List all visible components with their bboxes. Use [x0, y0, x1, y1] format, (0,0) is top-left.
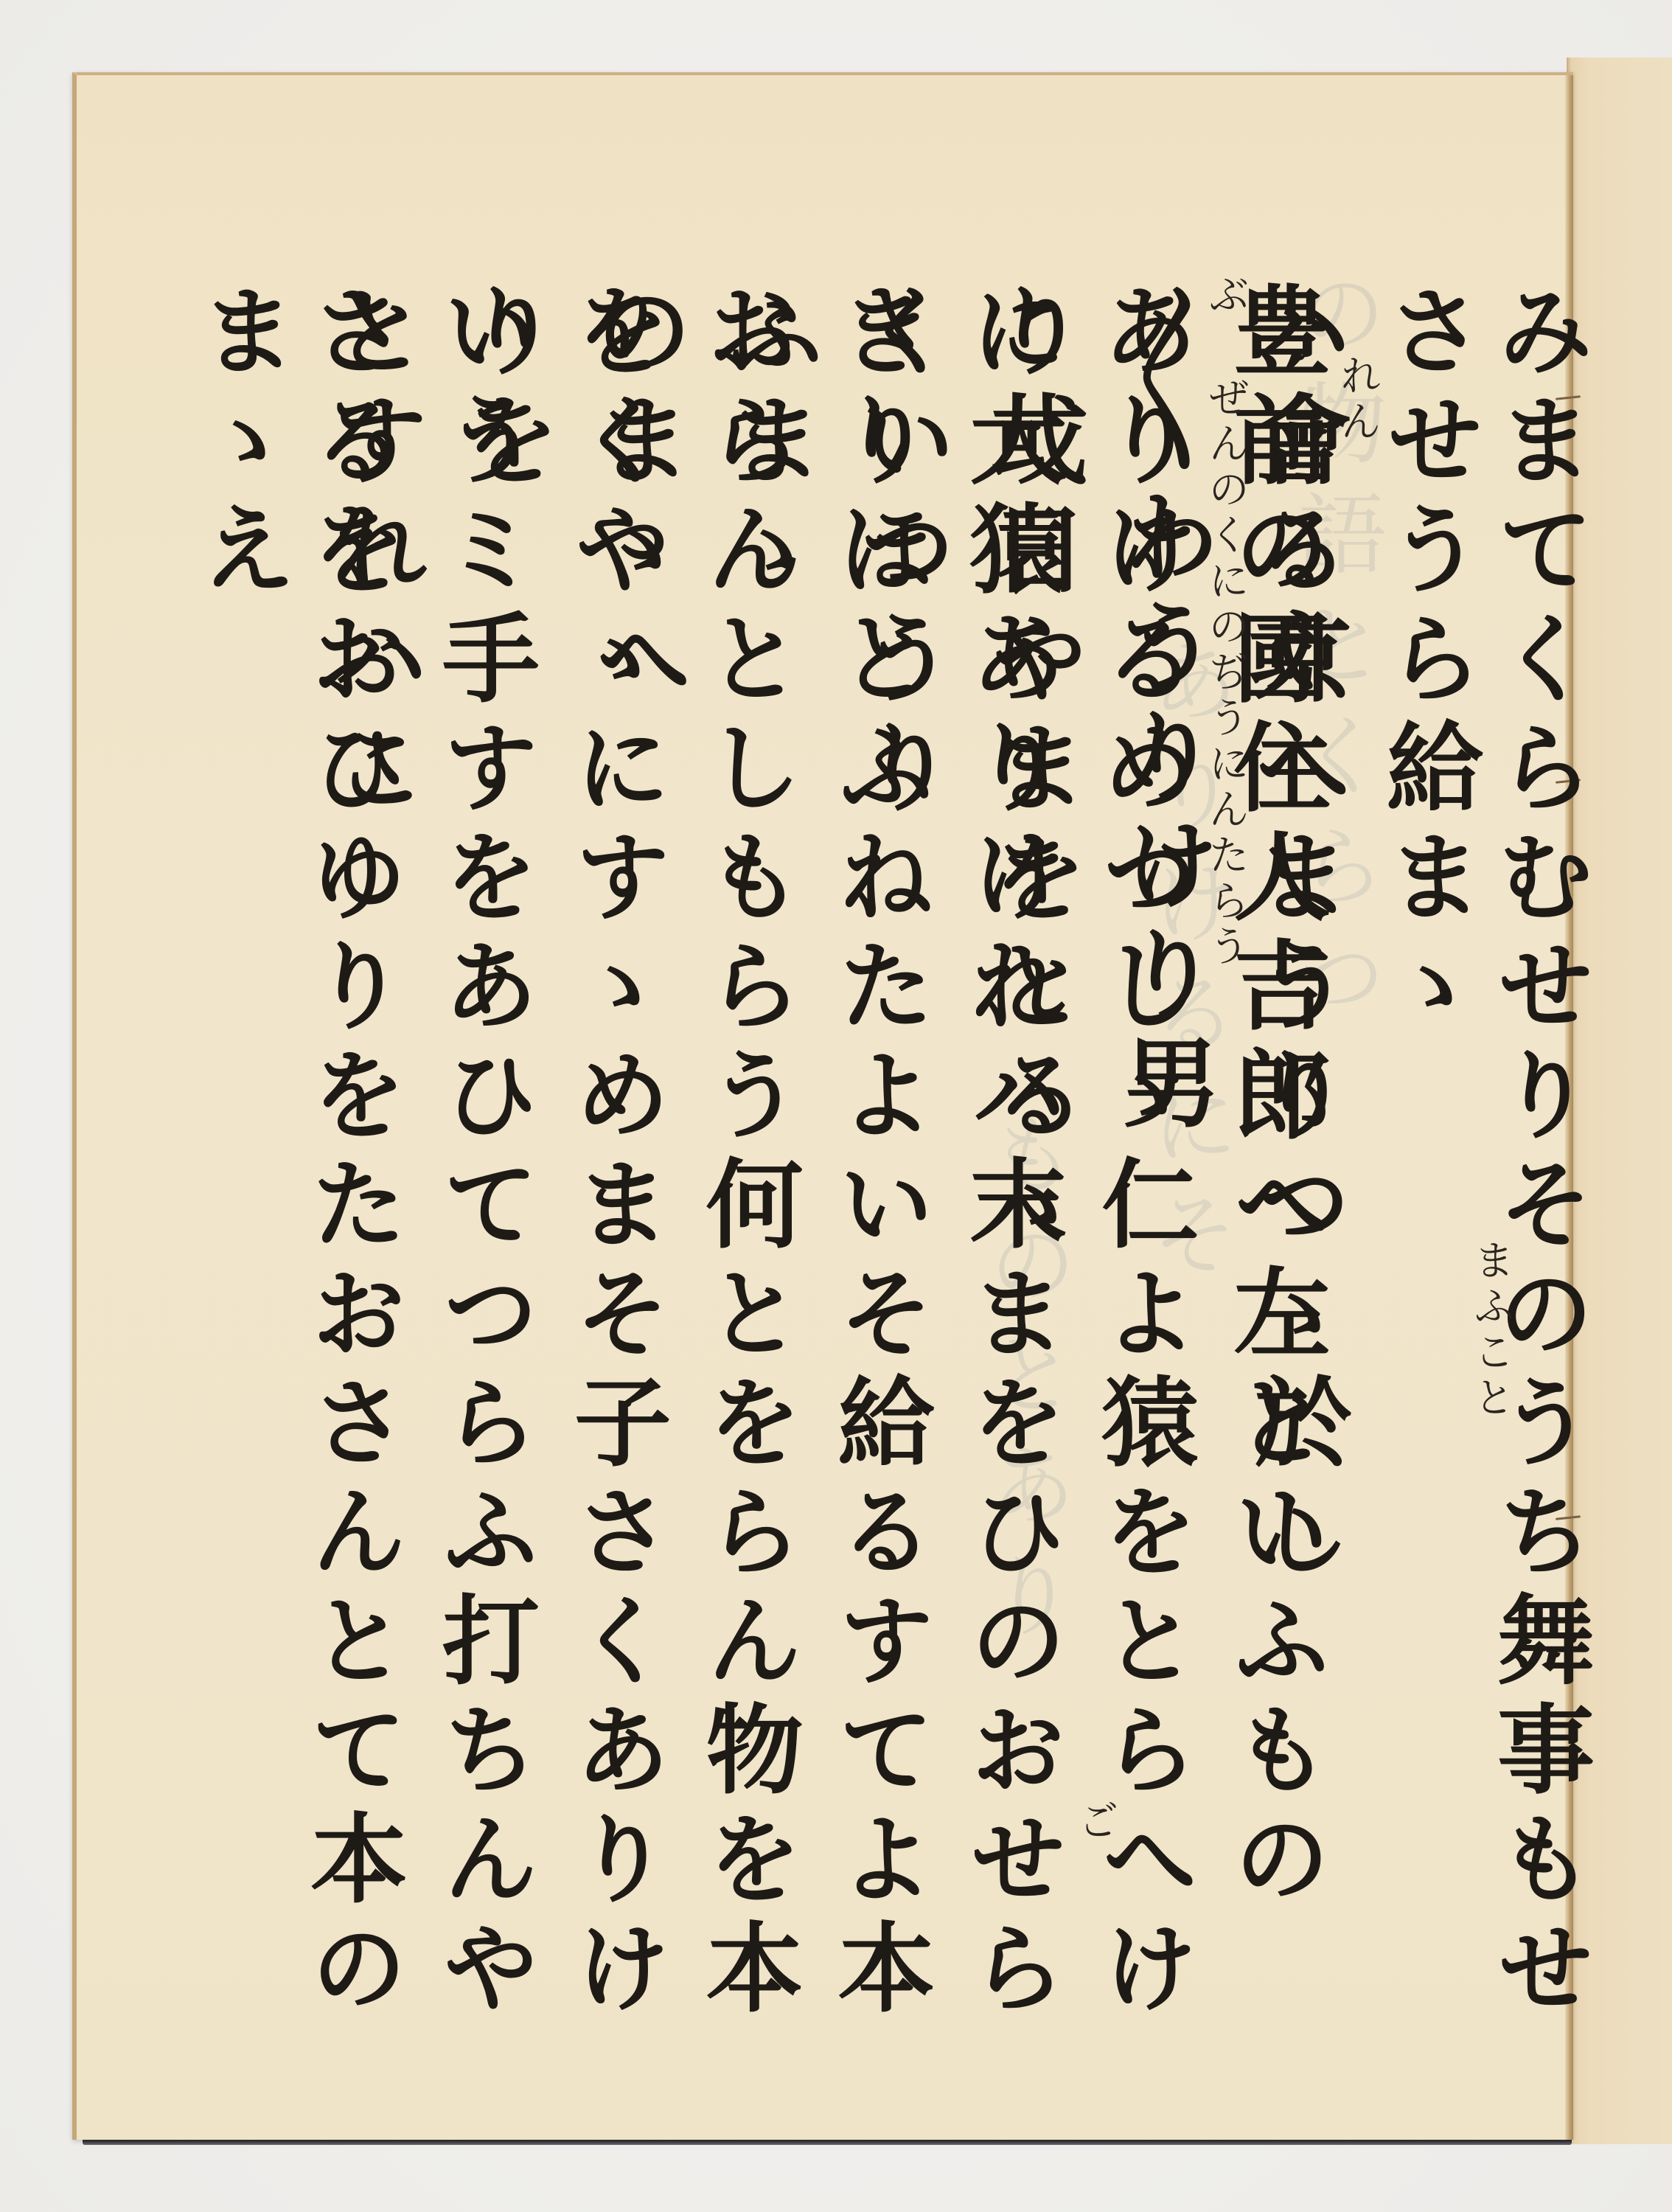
furigana: ぶ [1203, 273, 1247, 319]
text-column-10: さるをおひゆりをたおさんとて本のまゝえ [184, 265, 295, 2035]
text-column-1: みまてくらむせりそのうち舞事もせさせうら給まゝ まふこと [1371, 265, 1482, 2035]
furigana: まふこと [1469, 1239, 1513, 1422]
furigana: ぜんのくにのぢうにんたらう [1203, 376, 1247, 970]
furigana: れん [1335, 354, 1379, 445]
page-top-edge [77, 72, 1573, 75]
column-text: みまてくらむせりそのうち舞事もせさせうら給まゝ [1371, 280, 1592, 2035]
furigana: ご [1073, 1799, 1117, 1845]
column-text: さるをおひゆりをたおさんとて本のまゝえ [184, 280, 405, 2035]
text-columns: みまてくらむせりそのうち舞事もせさせうら給まゝ まふこと ハ會る京へまうりつゝ於… [184, 265, 1482, 2035]
